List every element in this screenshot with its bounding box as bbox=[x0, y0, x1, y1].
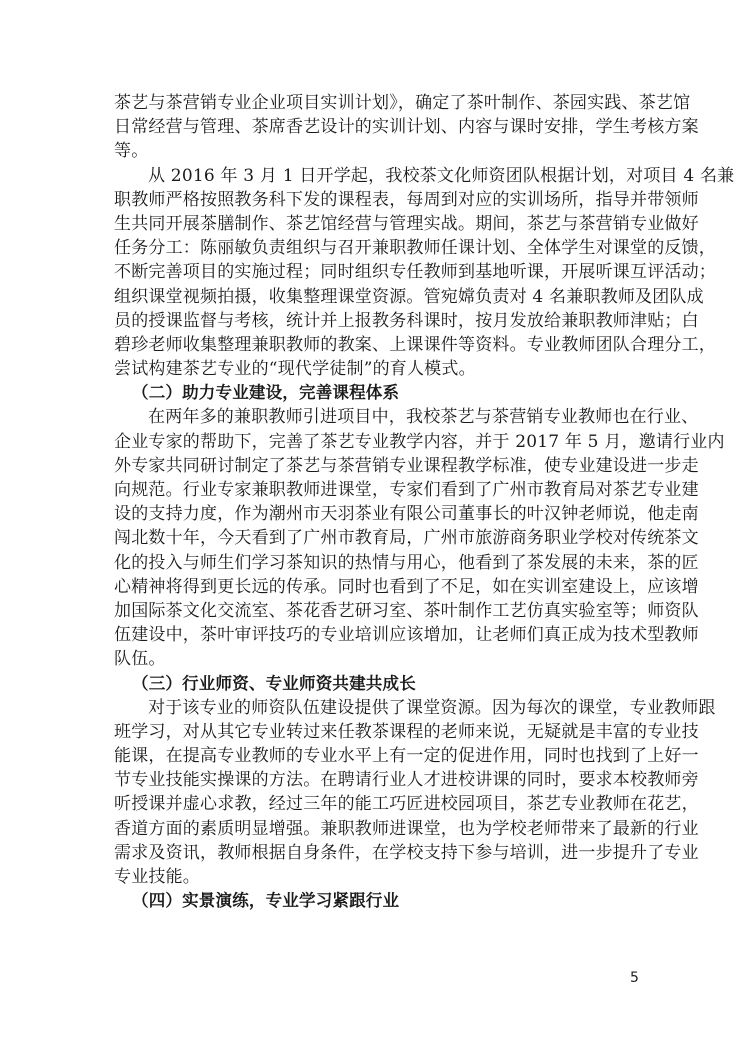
text-line: 等。 bbox=[114, 139, 630, 163]
text-line: 听授课并虚心求教，经过三年的能工巧匠进校园项目，茶艺专业教师在花艺， bbox=[114, 792, 630, 816]
document-page: 茶艺与茶营销专业企业项目实训计划》，确定了茶叶制作、茶园实践、茶艺馆 日常经营与… bbox=[0, 0, 750, 1060]
text-line: 能课，在提高专业教师的专业水平上有一定的促进作用，同时也找到了上好一 bbox=[114, 744, 630, 768]
text-line: 茶艺与茶营销专业企业项目实训计划》，确定了茶叶制作、茶园实践、茶艺馆 bbox=[114, 91, 630, 115]
text-line: 伍建设中，茶叶审评技巧的专业培训应该增加，让老师们真正成为技术型教师 bbox=[114, 623, 630, 647]
text-line: 对于该专业的师资队伍建设提供了课堂资源。因为每次的课堂，专业教师跟 bbox=[114, 696, 630, 720]
text-line: 尝试构建茶艺专业的“现代学徒制”的育人模式。 bbox=[114, 357, 630, 381]
page-number: 5 bbox=[630, 970, 639, 986]
text-line: 外专家共同研讨制定了茶艺与茶营销专业课程教学标准，使专业建设进一步走 bbox=[114, 454, 630, 478]
text-line: 香道方面的素质明显增强。兼职教师进课堂，也为学校老师带来了最新的行业 bbox=[114, 817, 630, 841]
document-body: 茶艺与茶营销专业企业项目实训计划》，确定了茶叶制作、茶园实践、茶艺馆 日常经营与… bbox=[114, 91, 630, 913]
text-line: 从 2016 年 3 月 1 日开学起，我校茶文化师资团队根据计划，对项目 4 … bbox=[114, 164, 630, 188]
text-line: 闯北数十年，今天看到了广州市教育局，广州市旅游商务职业学校对传统茶文 bbox=[114, 526, 630, 550]
text-line: 设的支持力度，作为潮州市天羽茶业有限公司董事长的叶汉钟老师说，他走南 bbox=[114, 502, 630, 526]
text-line: 组织课堂视频拍摄，收集整理课堂资源。管宛嫦负责对 4 名兼职教师及团队成 bbox=[114, 285, 630, 309]
text-line: 班学习，对从其它专业转过来任教茶课程的老师来说，无疑就是丰富的专业技 bbox=[114, 720, 630, 744]
text-line: 日常经营与管理、茶席香艺设计的实训计划、内容与课时安排，学生考核方案 bbox=[114, 115, 630, 139]
text-line: 专业技能。 bbox=[114, 865, 630, 889]
text-line: 队伍。 bbox=[114, 647, 630, 671]
text-line: 碧珍老师收集整理兼职教师的教案、上课课件等资料。专业教师团队合理分工， bbox=[114, 333, 630, 357]
section-heading: （二）助力专业建设，完善课程体系 bbox=[114, 381, 630, 405]
text-line: 加国际茶文化交流室、茶花香艺研习室、茶叶制作工艺仿真实验室等；师资队 bbox=[114, 599, 630, 623]
text-line: 化的投入与师生们学习茶知识的热情与用心，他看到了茶发展的未来，茶的匠 bbox=[114, 551, 630, 575]
text-line: 心精神将得到更长远的传承。同时也看到了不足，如在实训室建设上，应该增 bbox=[114, 575, 630, 599]
section-heading: （四）实景演练，专业学习紧跟行业 bbox=[114, 889, 630, 913]
text-line: 员的授课监督与考核，统计并上报教务科课时，按月发放给兼职教师津贴；白 bbox=[114, 309, 630, 333]
text-line: 不断完善项目的实施过程；同时组织专任教师到基地听课，开展听课互评活动； bbox=[114, 260, 630, 284]
text-line: 企业专家的帮助下，完善了茶艺专业教学内容，并于 2017 年 5 月，邀请行业内 bbox=[114, 430, 630, 454]
text-line: 职教师严格按照教务科下发的课程表，每周到对应的实训场所，指导并带领师 bbox=[114, 188, 630, 212]
text-line: 任务分工：陈丽敏负责组织与召开兼职教师任课计划、全体学生对课堂的反馈， bbox=[114, 236, 630, 260]
text-line: 生共同开展茶膳制作、茶艺馆经营与管理实战。期间，茶艺与茶营销专业做好 bbox=[114, 212, 630, 236]
text-line: 节专业技能实操课的方法。在聘请行业人才进校讲课的同时，要求本校教师旁 bbox=[114, 768, 630, 792]
section-heading: （三）行业师资、专业师资共建共成长 bbox=[114, 672, 630, 696]
text-line: 需求及资讯，教师根据自身条件，在学校支持下参与培训，进一步提升了专业 bbox=[114, 841, 630, 865]
text-line: 在两年多的兼职教师引进项目中，我校茶艺与茶营销专业教师也在行业、 bbox=[114, 405, 630, 429]
text-line: 向规范。行业专家兼职教师进课堂，专家们看到了广州市教育局对茶艺专业建 bbox=[114, 478, 630, 502]
